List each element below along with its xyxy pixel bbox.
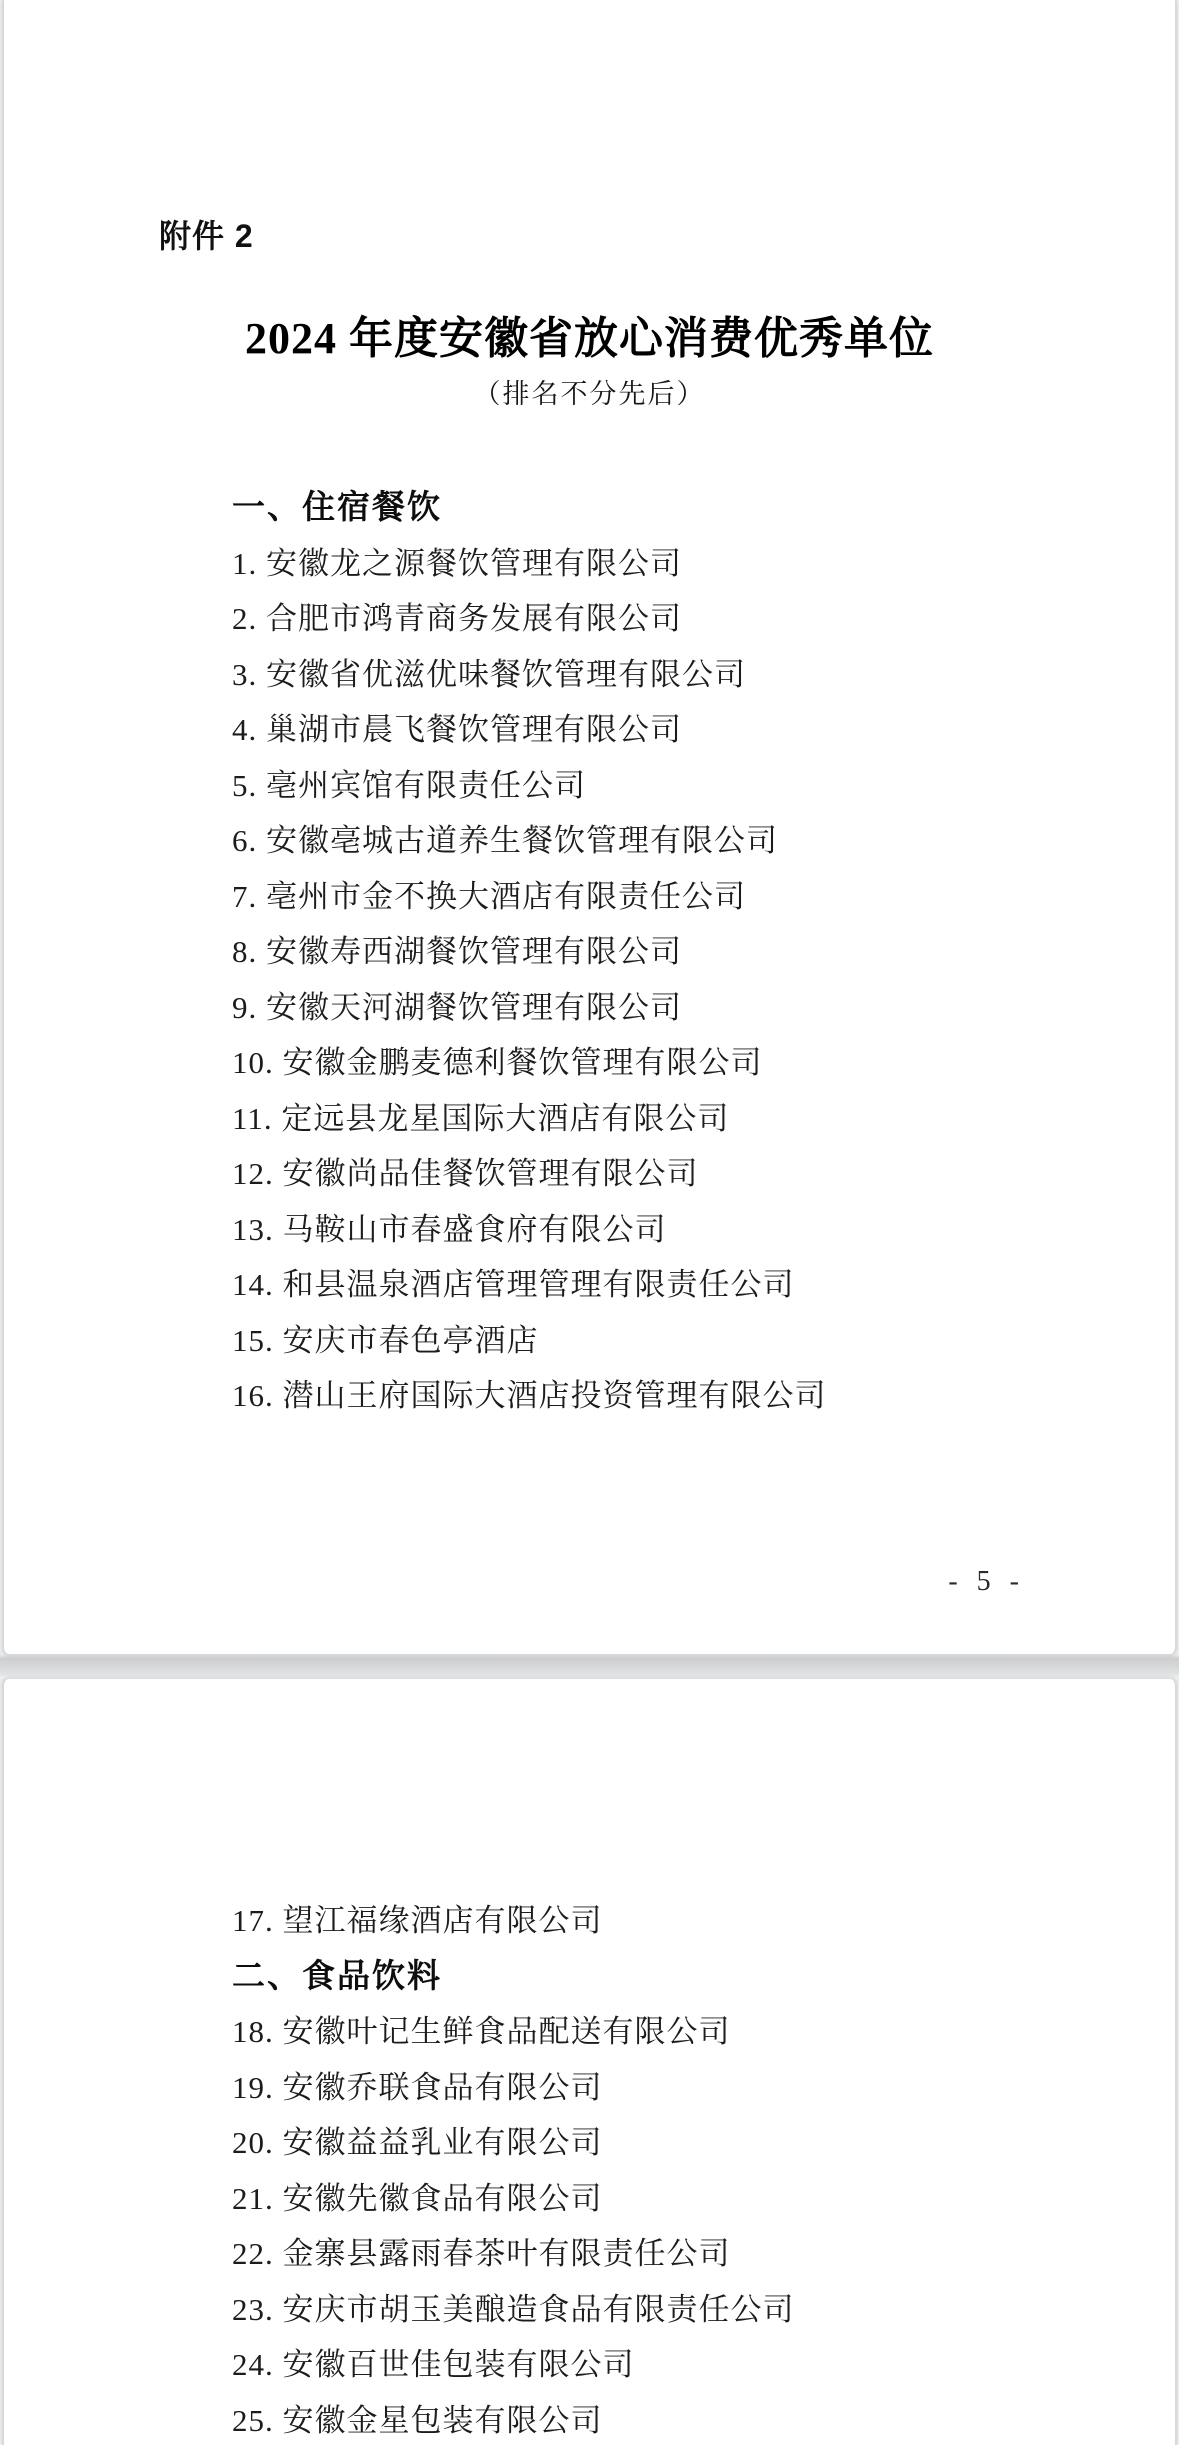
list-item: 13. 马鞍山市春盛食府有限公司 bbox=[232, 1199, 1135, 1255]
list-item-text: 14. 和县温泉酒店管理管理有限责任公司 bbox=[232, 1259, 795, 1304]
list-item-text: 13. 马鞍山市春盛食府有限公司 bbox=[232, 1204, 667, 1249]
list-item: 6. 安徽亳城古道养生餐饮管理有限公司 bbox=[232, 810, 1135, 866]
list-item: 16. 潜山王府国际大酒店投资管理有限公司 bbox=[232, 1365, 1135, 1421]
document-subtitle: （排名不分先后） bbox=[4, 372, 1175, 411]
list-item: 21. 安徽先徽食品有限公司 bbox=[232, 2168, 1135, 2224]
list-item-text: 22. 金寨县露雨春茶叶有限责任公司 bbox=[232, 2228, 731, 2273]
list-item-text: 24. 安徽百世佳包装有限公司 bbox=[232, 2339, 635, 2384]
section-heading: 一、住宿餐饮 bbox=[232, 477, 1135, 533]
page-number: - 5 - bbox=[948, 1566, 1025, 1598]
list-item: 10. 安徽金鹏麦德利餐饮管理有限公司 bbox=[232, 1032, 1135, 1088]
list-item-text: 19. 安徽乔联食品有限公司 bbox=[232, 2062, 603, 2107]
list-item-text: 20. 安徽益益乳业有限公司 bbox=[232, 2117, 603, 2162]
list-item: 11. 定远县龙星国际大酒店有限公司 bbox=[232, 1088, 1135, 1144]
page-separator bbox=[0, 1654, 1179, 1679]
list-item: 20. 安徽益益乳业有限公司 bbox=[232, 2112, 1135, 2168]
list-item: 2. 合肥市鸿青商务发展有限公司 bbox=[232, 588, 1135, 644]
document-viewer[interactable]: 附件 2 2024 年度安徽省放心消费优秀单位 （排名不分先后） 一、住宿餐饮 … bbox=[0, 0, 1179, 2445]
list-item: 9. 安徽天河湖餐饮管理有限公司 bbox=[232, 977, 1135, 1033]
list-item-text: 18. 安徽叶记生鲜食品配送有限公司 bbox=[232, 2006, 731, 2051]
list-item: 3. 安徽省优滋优味餐饮管理有限公司 bbox=[232, 644, 1135, 700]
list-item-text: 15. 安庆市春色亭酒店 bbox=[232, 1315, 539, 1360]
list-item-text: 二、食品饮料 bbox=[232, 1950, 442, 1997]
list-item-text: 一、住宿餐饮 bbox=[232, 481, 442, 528]
list-item: 5. 亳州宾馆有限责任公司 bbox=[232, 755, 1135, 811]
list-item: 23. 安庆市胡玉美酿造食品有限责任公司 bbox=[232, 2279, 1135, 2335]
list-item-text: 21. 安徽先徽食品有限公司 bbox=[232, 2173, 603, 2218]
list-item: 17. 望江福缘酒店有限公司 bbox=[232, 1890, 1135, 1946]
list-item-text: 4. 巢湖市晨飞餐饮管理有限公司 bbox=[232, 704, 682, 749]
document-title: 2024 年度安徽省放心消费优秀单位 bbox=[4, 302, 1175, 366]
document-page-1: 附件 2 2024 年度安徽省放心消费优秀单位 （排名不分先后） 一、住宿餐饮 … bbox=[2, 0, 1177, 1654]
list-item-text: 23. 安庆市胡玉美酿造食品有限责任公司 bbox=[232, 2284, 795, 2329]
list-item: 12. 安徽尚品佳餐饮管理有限公司 bbox=[232, 1143, 1135, 1199]
section-heading: 二、食品饮料 bbox=[232, 1946, 1135, 2002]
page1-content: 一、住宿餐饮 1. 安徽龙之源餐饮管理有限公司 2. 合肥市鸿青商务发展有限公司… bbox=[232, 477, 1135, 1421]
list-item: 18. 安徽叶记生鲜食品配送有限公司 bbox=[232, 2001, 1135, 2057]
list-item-text: 17. 望江福缘酒店有限公司 bbox=[232, 1895, 603, 1940]
list-item-text: 3. 安徽省优滋优味餐饮管理有限公司 bbox=[232, 649, 746, 694]
document-page-2: 17. 望江福缘酒店有限公司 二、食品饮料 18. 安徽叶记生鲜食品配送有限公司… bbox=[2, 1679, 1177, 2445]
list-item-text: 25. 安徽金星包装有限公司 bbox=[232, 2395, 603, 2440]
list-item: 8. 安徽寿西湖餐饮管理有限公司 bbox=[232, 921, 1135, 977]
list-item-text: 9. 安徽天河湖餐饮管理有限公司 bbox=[232, 982, 682, 1027]
list-item: 15. 安庆市春色亭酒店 bbox=[232, 1310, 1135, 1366]
list-item-text: 10. 安徽金鹏麦德利餐饮管理有限公司 bbox=[232, 1037, 763, 1082]
list-item-text: 1. 安徽龙之源餐饮管理有限公司 bbox=[232, 538, 682, 583]
list-item: 22. 金寨县露雨春茶叶有限责任公司 bbox=[232, 2223, 1135, 2279]
list-item: 25. 安徽金星包装有限公司 bbox=[232, 2390, 1135, 2445]
list-item: 14. 和县温泉酒店管理管理有限责任公司 bbox=[232, 1254, 1135, 1310]
list-item: 19. 安徽乔联食品有限公司 bbox=[232, 2057, 1135, 2113]
list-item-text: 16. 潜山王府国际大酒店投资管理有限公司 bbox=[232, 1370, 827, 1415]
list-item-text: 12. 安徽尚品佳餐饮管理有限公司 bbox=[232, 1148, 699, 1193]
list-item: 7. 亳州市金不换大酒店有限责任公司 bbox=[232, 866, 1135, 922]
list-item-text: 2. 合肥市鸿青商务发展有限公司 bbox=[232, 593, 682, 638]
list-item: 4. 巢湖市晨飞餐饮管理有限公司 bbox=[232, 699, 1135, 755]
list-item-text: 6. 安徽亳城古道养生餐饮管理有限公司 bbox=[232, 815, 778, 860]
list-item-text: 7. 亳州市金不换大酒店有限责任公司 bbox=[232, 871, 746, 916]
list-item: 24. 安徽百世佳包装有限公司 bbox=[232, 2334, 1135, 2390]
list-item-text: 8. 安徽寿西湖餐饮管理有限公司 bbox=[232, 926, 682, 971]
page2-content: 17. 望江福缘酒店有限公司 二、食品饮料 18. 安徽叶记生鲜食品配送有限公司… bbox=[232, 1890, 1135, 2445]
list-item-text: 11. 定远县龙星国际大酒店有限公司 bbox=[232, 1093, 729, 1138]
list-item-text: 5. 亳州宾馆有限责任公司 bbox=[232, 760, 586, 805]
attachment-label: 附件 2 bbox=[159, 211, 254, 257]
list-item: 1. 安徽龙之源餐饮管理有限公司 bbox=[232, 533, 1135, 589]
